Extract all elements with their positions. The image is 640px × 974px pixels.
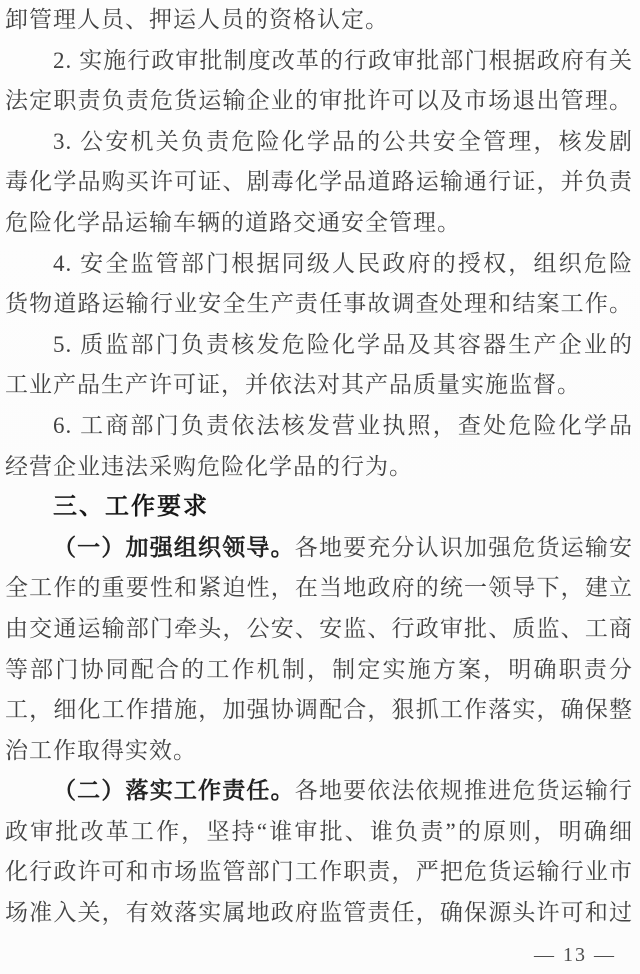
text-line: 5. 质监部门负责核发危险化学品及其容器生产企业的 (5, 325, 633, 366)
text-line: 工，细化工作措施，加强协调配合，狠抓工作落实，确保整 (5, 690, 633, 731)
subsection-lead: （二）落实工作责任。 (53, 778, 295, 803)
text-run: 各地要依法依规推进危货运输行 (295, 778, 633, 803)
text-line: 3. 公安机关负责危险化学品的公共安全管理，核发剧 (5, 122, 633, 163)
document-page: 卸管理人员、押运人员的资格认定。2. 实施行政审批制度改革的行政审批部门根据政府… (0, 0, 640, 974)
page-number: — 13 — (534, 937, 616, 973)
text-line: 化行政许可和市场监管部门工作职责，严把危货运输行业市 (5, 852, 633, 893)
text-line: 4. 安全监管部门根据同级人民政府的授权，组织危险 (5, 244, 633, 285)
text-line: 场准入关，有效落实属地政府监管责任，确保源头许可和过 (5, 893, 633, 934)
text-line: （一）加强组织领导。各地要充分认识加强危货运输安 (5, 528, 633, 569)
subsection-lead: （一）加强组织领导。 (53, 535, 295, 560)
text-line: 全工作的重要性和紧迫性，在当地政府的统一领导下，建立 (5, 568, 633, 609)
section-heading: 三、工作要求 (5, 487, 633, 528)
text-line: 经营企业违法采购危险化学品的行为。 (5, 447, 633, 488)
text-line: 货物道路运输行业安全生产责任事故调查处理和结案工作。 (5, 284, 633, 325)
text-line: 法定职责负责危货运输企业的审批许可以及市场退出管理。 (5, 81, 633, 122)
text-line: 工业产品生产许可证，并依法对其产品质量实施监督。 (5, 365, 633, 406)
text-line: 毒化学品购买许可证、剧毒化学品道路运输通行证，并负责 (5, 162, 633, 203)
text-line: 2. 实施行政审批制度改革的行政审批部门根据政府有关 (5, 41, 633, 82)
text-line: 等部门协同配合的工作机制，制定实施方案，明确职责分 (5, 650, 633, 691)
text-line: 6. 工商部门负责依法核发营业执照，查处危险化学品 (5, 406, 633, 447)
document-body: 卸管理人员、押运人员的资格认定。2. 实施行政审批制度改革的行政审批部门根据政府… (5, 0, 633, 934)
text-line: 危险化学品运输车辆的道路交通安全管理。 (5, 203, 633, 244)
text-line: 卸管理人员、押运人员的资格认定。 (5, 0, 633, 41)
text-line: 由交通运输部门牵头，公安、安监、行政审批、质监、工商 (5, 609, 633, 650)
text-line: 政审批改革工作，坚持“谁审批、谁负责”的原则，明确细 (5, 812, 633, 853)
text-line: （二）落实工作责任。各地要依法依规推进危货运输行 (5, 771, 633, 812)
text-run: 各地要充分认识加强危货运输安 (295, 535, 633, 560)
text-line: 治工作取得实效。 (5, 731, 633, 772)
